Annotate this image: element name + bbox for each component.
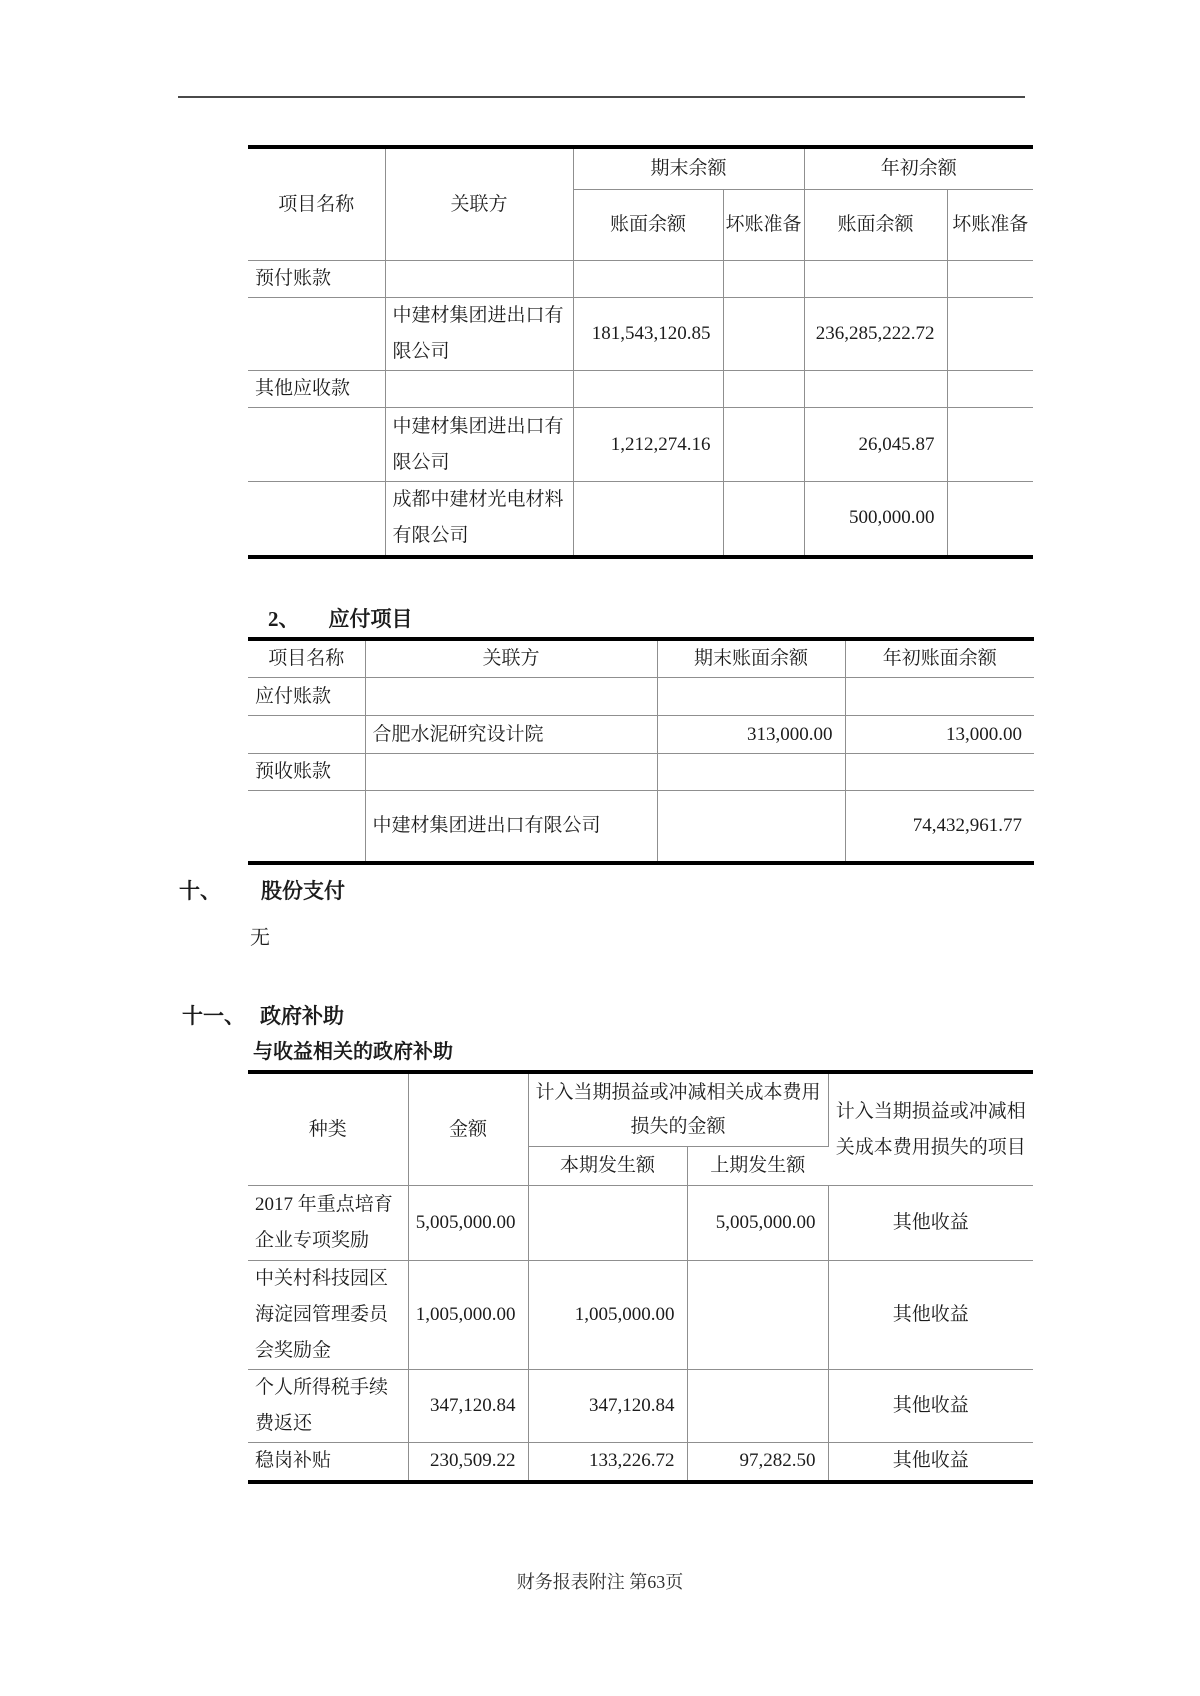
page-header-rule [178, 96, 1025, 98]
related-receivables-header: 项目名称 关联方 期末余额 年初余额 账面余额 坏账准备 账面余额 坏账准备 [248, 147, 1033, 261]
related-payables-table: 项目名称 关联方 期末账面余额 年初账面余额 应付账款合肥水泥研究设计院313,… [248, 637, 1034, 865]
table-cell: 230,509.22 [408, 1443, 528, 1482]
table-cell [723, 408, 804, 482]
table-cell: 5,005,000.00 [408, 1186, 528, 1261]
section-gov-grants-subtitle: 与收益相关的政府补助 [253, 1035, 453, 1064]
table-cell: 其他收益 [828, 1261, 1033, 1370]
table-cell: 预付账款 [248, 261, 385, 298]
table-cell [385, 261, 573, 298]
page-footer: 财务报表附注 第63页 [0, 1568, 1200, 1594]
table-cell [573, 261, 723, 298]
related-payables-header: 项目名称 关联方 期末账面余额 年初账面余额 [248, 639, 1034, 678]
table-cell: 5,005,000.00 [687, 1186, 828, 1261]
table-cell [365, 678, 657, 716]
table-cell [845, 754, 1034, 791]
table-row: 合肥水泥研究设计院313,000.0013,000.00 [248, 716, 1034, 754]
table-cell: 成都中建材光电材料有限公司 [385, 482, 573, 557]
table-cell: 347,120.84 [528, 1370, 687, 1443]
column-header-closing-book-balance: 期末账面余额 [657, 639, 845, 678]
section-number: 2、 [268, 603, 300, 633]
column-header-prior-period: 上期发生额 [687, 1147, 828, 1186]
table-cell: 1,005,000.00 [408, 1261, 528, 1370]
section-title-text: 股份支付 [261, 879, 345, 903]
table-cell [573, 482, 723, 557]
column-header-bad-debt: 坏账准备 [723, 190, 804, 261]
section-number: 十一、 [182, 1000, 245, 1030]
column-header-item: 项目名称 [248, 147, 385, 261]
table-cell [947, 298, 1033, 371]
table-cell: 合肥水泥研究设计院 [365, 716, 657, 754]
table-cell: 13,000.00 [845, 716, 1034, 754]
table-cell: 中关村科技园区海淀园管理委员会奖励金 [248, 1261, 408, 1370]
table-row: 2017 年重点培育企业专项奖励5,005,000.005,005,000.00… [248, 1186, 1033, 1261]
table-cell: 其他收益 [828, 1443, 1033, 1482]
table-row: 预付账款 [248, 261, 1033, 298]
table-cell [657, 754, 845, 791]
table-cell [248, 482, 385, 557]
table-cell [947, 371, 1033, 408]
column-header-book-balance: 账面余额 [804, 190, 947, 261]
table-cell [248, 298, 385, 371]
table-cell [723, 298, 804, 371]
table-cell [804, 261, 947, 298]
table-cell: 中建材集团进出口有限公司 [385, 408, 573, 482]
table-cell [248, 408, 385, 482]
table-cell [723, 482, 804, 557]
section-gov-grants-title: 十一、政府补助 [182, 1000, 344, 1030]
table-cell [657, 678, 845, 716]
column-header-opening-group: 年初余额 [804, 147, 1033, 190]
table-cell: 中建材集团进出口有限公司 [365, 791, 657, 864]
table-row: 中建材集团进出口有限公司74,432,961.77 [248, 791, 1034, 864]
section-share-payment-title: 十、股份支付 [179, 875, 345, 905]
table-cell [804, 371, 947, 408]
table-cell: 2017 年重点培育企业专项奖励 [248, 1186, 408, 1261]
table-cell [248, 791, 365, 864]
table-cell [385, 371, 573, 408]
table-cell [947, 482, 1033, 557]
section-payables-title: 2、应付项目 [268, 603, 413, 633]
table-cell: 稳岗补贴 [248, 1443, 408, 1482]
table-cell [687, 1370, 828, 1443]
table-cell [845, 678, 1034, 716]
column-header-pl-amount-group: 计入当期损益或冲减相关成本费用损失的金额 [528, 1072, 828, 1147]
column-header-book-balance: 账面余额 [573, 190, 723, 261]
table-cell: 133,226.72 [528, 1443, 687, 1482]
column-header-bad-debt: 坏账准备 [947, 190, 1033, 261]
table-row: 预收账款 [248, 754, 1034, 791]
table-cell: 313,000.00 [657, 716, 845, 754]
table-cell [947, 261, 1033, 298]
table-cell: 其他收益 [828, 1370, 1033, 1443]
table-cell: 97,282.50 [687, 1443, 828, 1482]
table-cell: 其他应收款 [248, 371, 385, 408]
section-share-payment-body: 无 [250, 921, 270, 950]
table-row: 中建材集团进出口有限公司181,543,120.85236,285,222.72 [248, 298, 1033, 371]
table-row: 稳岗补贴230,509.22133,226.7297,282.50其他收益 [248, 1443, 1033, 1482]
table-cell: 74,432,961.77 [845, 791, 1034, 864]
table-cell: 个人所得税手续费返还 [248, 1370, 408, 1443]
table-row: 中建材集团进出口有限公司1,212,274.1626,045.87 [248, 408, 1033, 482]
table-cell: 26,045.87 [804, 408, 947, 482]
column-header-opening-book-balance: 年初账面余额 [845, 639, 1034, 678]
table-cell: 中建材集团进出口有限公司 [385, 298, 573, 371]
table-cell: 1,005,000.00 [528, 1261, 687, 1370]
table-cell [528, 1186, 687, 1261]
table-cell [723, 261, 804, 298]
table-cell [365, 754, 657, 791]
table-cell: 181,543,120.85 [573, 298, 723, 371]
table-cell [947, 408, 1033, 482]
column-header-party: 关联方 [385, 147, 573, 261]
table-cell: 500,000.00 [804, 482, 947, 557]
table-cell [248, 716, 365, 754]
section-title-text: 政府补助 [260, 1004, 344, 1028]
table-row: 应付账款 [248, 678, 1034, 716]
table-cell [723, 371, 804, 408]
table-row: 中关村科技园区海淀园管理委员会奖励金1,005,000.001,005,000.… [248, 1261, 1033, 1370]
gov-grants-header: 种类 金额 计入当期损益或冲减相关成本费用损失的金额 计入当期损益或冲减相关成本… [248, 1072, 1033, 1186]
table-cell [573, 371, 723, 408]
table-cell [657, 791, 845, 864]
table-cell: 1,212,274.16 [573, 408, 723, 482]
table-cell: 预收账款 [248, 754, 365, 791]
gov-grants-table: 种类 金额 计入当期损益或冲减相关成本费用损失的金额 计入当期损益或冲减相关成本… [248, 1070, 1033, 1484]
column-header-item: 项目名称 [248, 639, 365, 678]
table-cell: 应付账款 [248, 678, 365, 716]
column-header-party: 关联方 [365, 639, 657, 678]
column-header-kind: 种类 [248, 1072, 408, 1186]
section-title-text: 应付项目 [329, 607, 413, 631]
table-cell [687, 1261, 828, 1370]
column-header-pl-item: 计入当期损益或冲减相关成本费用损失的项目 [828, 1072, 1033, 1186]
column-header-current-period: 本期发生额 [528, 1147, 687, 1186]
table-row: 成都中建材光电材料有限公司500,000.00 [248, 482, 1033, 557]
table-cell: 347,120.84 [408, 1370, 528, 1443]
table-row: 其他应收款 [248, 371, 1033, 408]
table-cell: 236,285,222.72 [804, 298, 947, 371]
table-cell: 其他收益 [828, 1186, 1033, 1261]
related-receivables-table: 项目名称 关联方 期末余额 年初余额 账面余额 坏账准备 账面余额 坏账准备 预… [248, 145, 1033, 559]
section-number: 十、 [179, 875, 221, 905]
column-header-closing-group: 期末余额 [573, 147, 804, 190]
table-row: 个人所得税手续费返还347,120.84347,120.84其他收益 [248, 1370, 1033, 1443]
column-header-amount: 金额 [408, 1072, 528, 1186]
